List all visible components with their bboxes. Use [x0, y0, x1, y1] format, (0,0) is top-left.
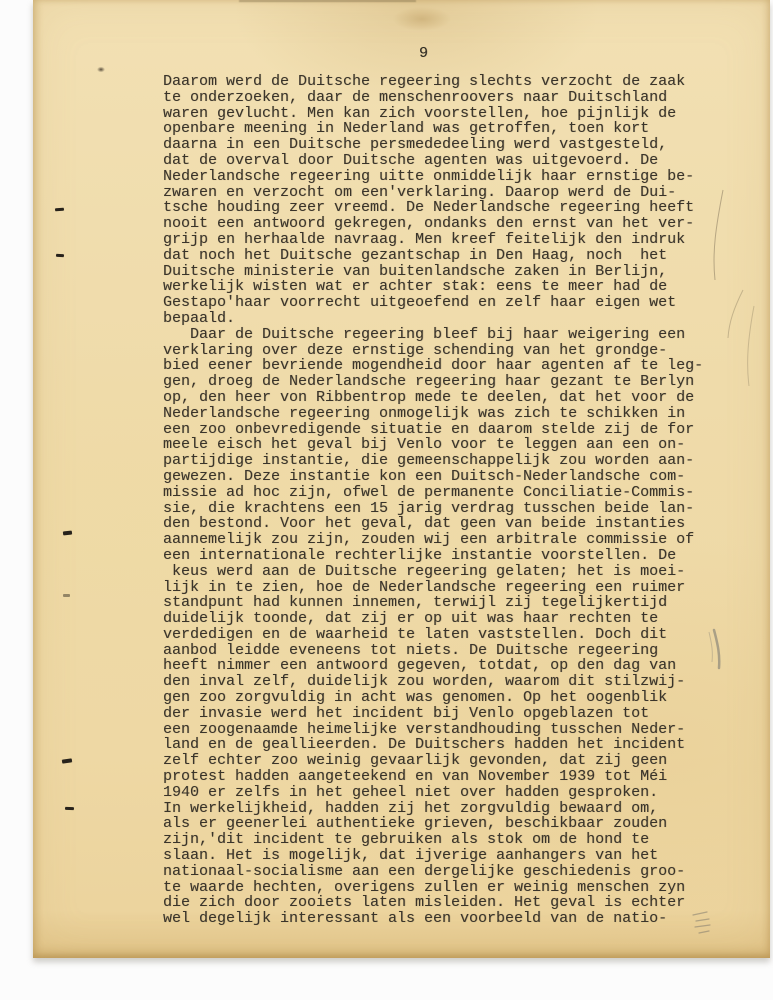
text-line: Gestapo'haar voorrecht uitgeoefend en ze… — [163, 295, 703, 311]
text-line: der invasie werd het incident bij Venlo … — [163, 706, 703, 722]
text-line: bepaald. — [163, 311, 703, 327]
paper-stain — [383, 3, 461, 35]
edge-tick-mark — [62, 758, 72, 763]
text-line: waren gevlucht. Men kan zich voorstellen… — [163, 106, 703, 122]
text-line: bied eener bevriende mogendheid door haa… — [163, 358, 703, 374]
text-line: partijdige instantie, die gemeenschappel… — [163, 453, 703, 469]
text-line: te waarde hechten, overigens zullen er w… — [163, 880, 703, 896]
text-line: 1940 er zelfs in het geheel niet over ha… — [163, 785, 703, 801]
edge-tick-mark — [63, 594, 70, 597]
text-line: een internationale rechterlijke instanti… — [163, 548, 703, 564]
text-line: te onderzoeken, daar de menschenroovers … — [163, 90, 703, 106]
text-line: Daar de Duitsche regeering bleef bij haa… — [163, 327, 703, 343]
text-line: keus werd aan de Duitsche regeering gela… — [163, 564, 703, 580]
paper-sheet: 9 Daarom werd de Duitsche regeering slec… — [33, 0, 770, 958]
text-line: gewezen. Deze instantie kon een Duitsch-… — [163, 469, 703, 485]
scanned-page: 9 Daarom werd de Duitsche regeering slec… — [0, 0, 773, 1000]
text-line: aannemelijk zou zijn, zouden wij een arb… — [163, 532, 703, 548]
text-line: sie, die krachtens een 15 jarig verdrag … — [163, 501, 703, 517]
text-line: dat de overval door Duitsche agenten was… — [163, 153, 703, 169]
text-line: zijn,'dit incident te gebruiken als stok… — [163, 832, 703, 848]
text-line: verklaring over deze ernstige schending … — [163, 343, 703, 359]
text-line: openbare meening in Nederland was getrof… — [163, 121, 703, 137]
text-line: dat noch het Duitsche gezantschap in Den… — [163, 248, 703, 264]
edge-tick-mark — [56, 254, 64, 257]
text-line: missie ad hoc zijn, ofwel de permanente … — [163, 485, 703, 501]
text-line: gen, droeg de Nederlandsche regeering ha… — [163, 374, 703, 390]
text-line: nooit een antwoord gekregen, ondanks den… — [163, 216, 703, 232]
text-line: duidelijk toonde, dat zij er op uit was … — [163, 611, 703, 627]
text-line: verdedigen en de waarheid te laten vasts… — [163, 627, 703, 643]
text-line: op, den heer von Ribbentrop mede te deel… — [163, 390, 703, 406]
text-line: Nederlandsche regeering onmogelijk was z… — [163, 406, 703, 422]
text-line: grijp en herhaalde navraag. Men kreef fe… — [163, 232, 703, 248]
text-line: den inval zelf, duidelijk zou worden, wa… — [163, 674, 703, 690]
edge-tick-mark — [65, 807, 74, 810]
text-line: meele eisch het geval bij Venlo voor te … — [163, 437, 703, 453]
text-line: Duitsche ministerie van buitenlandsche z… — [163, 264, 703, 280]
text-line: daarna in een Duitsche persmededeeling w… — [163, 137, 703, 153]
edge-tick-mark — [55, 208, 64, 212]
text-line: tsche houding zeer vreemd. De Nederlands… — [163, 200, 703, 216]
text-line: een zoo onbevredigende situatie en daaro… — [163, 422, 703, 438]
text-line: nationaal-socialisme aan een dergelijke … — [163, 864, 703, 880]
text-line: Daarom werd de Duitsche regeering slecht… — [163, 74, 703, 90]
text-line: land en de geallieerden. De Duitschers h… — [163, 737, 703, 753]
edge-tick-mark — [63, 531, 72, 536]
text-line: lijk in te zien, hoe de Nederlandsche re… — [163, 580, 703, 596]
text-line: wel degelijk interessant als een voorbee… — [163, 911, 703, 927]
text-line: slaan. Het is mogelijk, dat ijverige aan… — [163, 848, 703, 864]
text-line: In werkelijkheid, hadden zij het zorgvul… — [163, 801, 703, 817]
text-line: zelf echter zoo weinig gevaarlijk gevond… — [163, 753, 703, 769]
text-line: werkelijk wisten wat er achter stak: een… — [163, 279, 703, 295]
text-line: aanbod leidde eveneens tot niets. De Dui… — [163, 643, 703, 659]
text-line: Nederlandsche regeering uitte onmiddelij… — [163, 169, 703, 185]
text-line: zwaren en verzocht om een'verklaring. Da… — [163, 185, 703, 201]
text-line: heeft nimmer een antwoord gegeven, totda… — [163, 658, 703, 674]
text-line: als er geenerlei authentieke grieven, be… — [163, 816, 703, 832]
text-line: een zoogenaamde heimelijke verstandhoudi… — [163, 722, 703, 738]
text-line: den bestond. Voor het geval, dat geen va… — [163, 516, 703, 532]
text-line: gen zoo zorgvuldig in acht was genomen. … — [163, 690, 703, 706]
ink-smudge — [96, 66, 106, 73]
text-line: protest hadden aangeteekend en van Novem… — [163, 769, 703, 785]
text-line: die zich door zooiets laten misleiden. H… — [163, 895, 703, 911]
text-line: standpunt had kunnen innemen, terwijl zi… — [163, 595, 703, 611]
page-number: 9 — [419, 45, 428, 62]
typewritten-text: Daarom werd de Duitsche regeering slecht… — [163, 74, 703, 927]
